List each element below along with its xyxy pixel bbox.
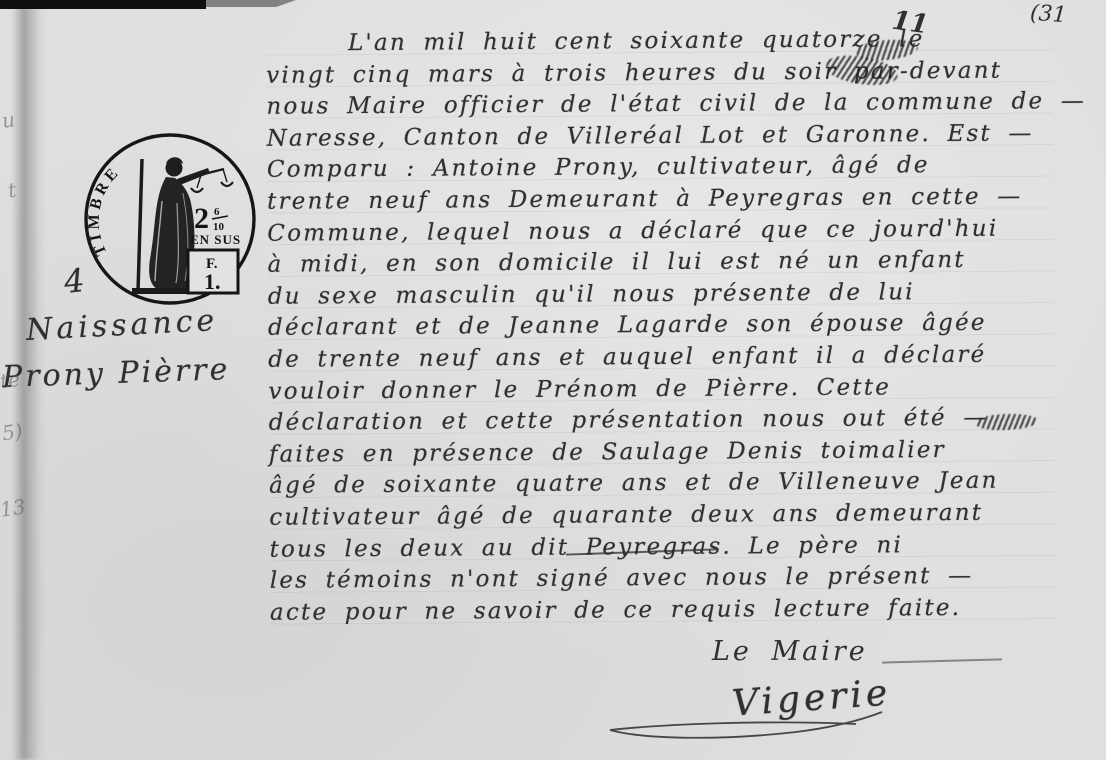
closing-title: Le Maire <box>712 636 868 667</box>
stamp-denomination-bottom: 1. <box>204 269 221 294</box>
act-line: à midi, en son domicile il lui est né un… <box>267 244 1053 281</box>
act-line: de trente neuf ans et auquel enfant il a… <box>268 339 1054 376</box>
signature-flourish <box>606 710 886 744</box>
revenue-stamp: TIMBRE 2 6 10 EN SUS F. 1. <box>82 131 258 307</box>
bleedthrough-mark: 5) <box>0 419 24 446</box>
stamp-denomination-box: F. 1. <box>188 250 238 294</box>
act-line: déclaration et cette présentation nous o… <box>269 402 1055 439</box>
act-line: nous Maire officier de l'état civil de l… <box>266 86 1052 123</box>
act-line: acte pour ne savoir de ce requis lecture… <box>270 592 1056 629</box>
act-line: les témoins n'ont signé avec nous le pré… <box>270 560 1056 597</box>
margin-act-number: 4 <box>62 261 86 301</box>
stamp-rate-block: 2 6 10 EN SUS <box>190 202 241 247</box>
bleedthrough-mark: te <box>0 367 21 394</box>
act-text-block: L'an mil huit cent soixante quatorze le … <box>266 23 1056 629</box>
scan-edge-bar <box>0 0 206 9</box>
stamp-ring-text: TIMBRE <box>86 163 124 259</box>
stamp-rate-value: 2 <box>194 202 209 235</box>
stamp-rate-suffix: EN SUS <box>190 232 241 247</box>
bleedthrough-mark: 13 <box>0 494 27 521</box>
stamp-rate-fraction-num: 6 <box>214 206 220 218</box>
act-line: cultivateur âgé de quarante deux ans dem… <box>269 497 1055 534</box>
register-page-scan: { "page": { "paper_color": "#dfdfdf", "i… <box>0 0 1106 760</box>
act-line: Naresse, Canton de Villeréal Lot et Garo… <box>267 118 1053 155</box>
act-line: trente neuf ans Demeurant à Peyregras en… <box>267 181 1053 218</box>
